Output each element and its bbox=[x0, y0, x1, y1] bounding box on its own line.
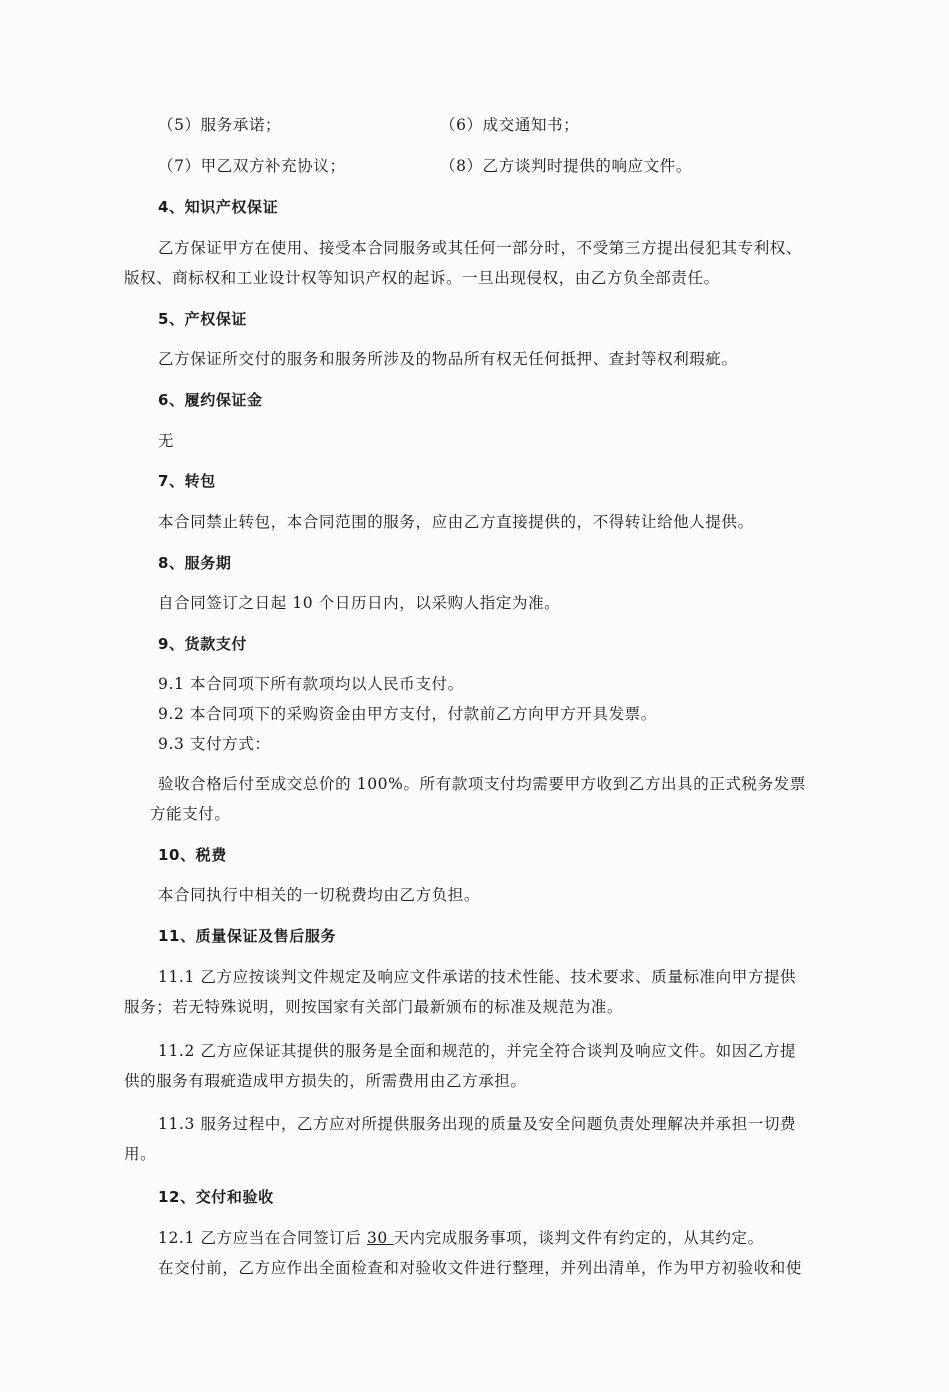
section-11-1: 服务；若无特殊说明，则按国家有关部门最新颁布的标准及规范为准。 bbox=[124, 996, 623, 1018]
section-4-text: 乙方保证甲方在使用、接受本合同服务或其任何一部分时，不受第三方提出侵犯其专利权、 bbox=[158, 237, 802, 259]
list-item-7: （7）甲乙双方补充协议； bbox=[158, 155, 346, 177]
list-item-8: （8）乙方谈判时提供的响应文件。 bbox=[440, 155, 692, 177]
section-12-1-days: 30 bbox=[367, 1229, 393, 1247]
list-item-5: （5）服务承诺； bbox=[158, 114, 281, 136]
section-11-2: 供的服务有瑕疵造成甲方损失的，所需费用由乙方承担。 bbox=[124, 1070, 527, 1092]
section-12-1: 12.1 乙方应当在合同签订后 30 天内完成服务事项，谈判文件有约定的，从其约… bbox=[158, 1227, 764, 1249]
section-8-text: 自合同签订之日起 10 个日历日内，以采购人指定为准。 bbox=[158, 592, 560, 614]
section-8-title: 8、服务期 bbox=[158, 552, 231, 574]
section-12-1-pre: 12.1 乙方应当在合同签订后 bbox=[158, 1229, 367, 1247]
section-6-title: 6、履约保证金 bbox=[158, 389, 263, 411]
section-11-3: 11.3 服务过程中，乙方应对所提供服务出现的质量及安全问题负责处理解决并承担一… bbox=[158, 1113, 796, 1135]
section-11-title: 11、质量保证及售后服务 bbox=[158, 925, 336, 947]
section-9-1: 9.1 本合同项下所有款项均以人民币支付。 bbox=[158, 673, 464, 695]
section-10-title: 10、税费 bbox=[158, 844, 227, 866]
section-7-text: 本合同禁止转包，本合同范围的服务，应由乙方直接提供的，不得转让给他人提供。 bbox=[158, 511, 754, 533]
section-5-title: 5、产权保证 bbox=[158, 308, 247, 330]
list-item-6: （6）成交通知书； bbox=[440, 114, 579, 136]
section-7-title: 7、转包 bbox=[158, 470, 216, 492]
section-9-text: 验收合格后付至成交总价的 100%。所有款项支付均需要甲方收到乙方出具的正式税务… bbox=[158, 773, 806, 795]
document-page: （5）服务承诺； （6）成交通知书； （7）甲乙双方补充协议； （8）乙方谈判时… bbox=[0, 0, 949, 1392]
section-11-2: 11.2 乙方应保证其提供的服务是全面和规范的，并完全符合谈判及响应文件。如因乙… bbox=[158, 1040, 796, 1062]
section-9-text: 方能支付。 bbox=[150, 803, 231, 825]
section-12-text: 在交付前，乙方应作出全面检查和对验收文件进行整理，并列出清单，作为甲方初验收和使 bbox=[158, 1257, 802, 1279]
section-11-1: 11.1 乙方应按谈判文件规定及响应文件承诺的技术性能、技术要求、质量标准向甲方… bbox=[158, 966, 796, 988]
section-9-3: 9.3 支付方式： bbox=[158, 733, 270, 755]
section-12-1-post: 天内完成服务事项，谈判文件有约定的，从其约定。 bbox=[393, 1229, 763, 1247]
section-9-2: 9.2 本合同项下的采购资金由甲方支付，付款前乙方向甲方开具发票。 bbox=[158, 703, 657, 725]
section-5-text: 乙方保证所交付的服务和服务所涉及的物品所有权无任何抵押、查封等权利瑕疵。 bbox=[158, 348, 738, 370]
section-6-text: 无 bbox=[158, 430, 174, 452]
section-10-text: 本合同执行中相关的一切税费均由乙方负担。 bbox=[158, 884, 480, 906]
section-4-text: 版权、商标权和工业设计权等知识产权的起诉。一旦出现侵权，由乙方负全部责任。 bbox=[124, 267, 720, 289]
section-12-title: 12、交付和验收 bbox=[158, 1186, 274, 1208]
section-4-title: 4、知识产权保证 bbox=[158, 196, 278, 218]
section-11-3: 用。 bbox=[124, 1143, 156, 1165]
section-9-title: 9、货款支付 bbox=[158, 633, 247, 655]
